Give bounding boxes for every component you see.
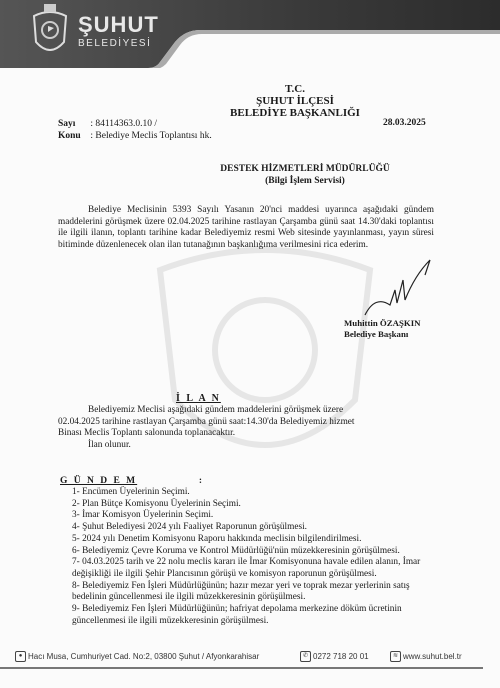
- agenda-list: 1- Encümen Üyelerinin Seçimi. 2- Plan Bü…: [72, 487, 438, 627]
- signature-scribble-icon: [355, 255, 445, 325]
- agenda-title-colon: :: [199, 476, 204, 486]
- department-title: DESTEK HİZMETLERİ MÜDÜRLÜĞÜ: [110, 163, 500, 175]
- municipality-crest-icon: [30, 2, 70, 60]
- agenda-title: G Ü N D E M :: [60, 476, 204, 486]
- signature-block: Muhittin ÖZAŞKIN Belediye Başkanı: [344, 318, 421, 340]
- brand-subtitle: BELEDİYESİ: [78, 38, 159, 49]
- document-date: 28.03.2025: [383, 118, 426, 128]
- brand-name: ŞUHUT: [78, 14, 159, 36]
- signatory-title: Belediye Başkanı: [344, 329, 421, 340]
- agenda-item: 7- 04.03.2025 tarih ve 22 nolu meclis ka…: [72, 557, 438, 580]
- website-link[interactable]: www.suhut.bel.tr: [403, 652, 462, 661]
- location-pin-icon: ●: [15, 651, 26, 662]
- issuing-authority: T.C. ŞUHUT İLÇESİ BELEDİYE BAŞKANLIĞI: [0, 83, 500, 119]
- agenda-item: 8- Belediyemiz Fen İşleri Müdürlüğünün; …: [72, 581, 438, 604]
- org-line-district: ŞUHUT İLÇESİ: [90, 95, 500, 107]
- signatory-name: Muhittin ÖZAŞKIN: [344, 318, 421, 329]
- footer-address: ● Hacı Musa, Cumhuriyet Cad. No:2, 03800…: [15, 651, 259, 662]
- konu-label: Konu: [58, 130, 88, 142]
- agenda-item: 6- Belediyemiz Çevre Koruma ve Kontrol M…: [72, 546, 438, 558]
- agenda-item: 2- Plan Bütçe Komisyonu Üyelerinin Seçim…: [72, 499, 438, 511]
- sayi-label: Sayı: [58, 118, 88, 130]
- agenda-item: 3- İmar Komisyon Üyelerinin Seçimi.: [72, 510, 438, 522]
- announcement-line: 02.04.2025 tarihine rastlayan Çarşamba g…: [58, 417, 388, 429]
- agenda-title-text: G Ü N D E M: [60, 476, 137, 486]
- agenda-item: 4- Şuhut Belediyesi 2024 yılı Faaliyet R…: [72, 522, 438, 534]
- recipient-department: DESTEK HİZMETLERİ MÜDÜRLÜĞÜ (Bilgi İşlem…: [0, 163, 500, 187]
- agenda-item: 5- 2024 yılı Denetim Komisyonu Raporu ha…: [72, 534, 438, 546]
- letter-body: Belediye Meclisinin 5393 Sayılı Yasanın …: [58, 205, 434, 251]
- rss-icon: ≋: [390, 651, 401, 662]
- reference-block: Sayı : 84114363.0.10 / Konu : Belediye M…: [58, 118, 212, 142]
- brand-logo-text: ŞUHUT BELEDİYESİ: [78, 14, 159, 49]
- konu-value: : Belediye Meclis Toplantısı hk.: [90, 131, 211, 141]
- address-text: Hacı Musa, Cumhuriyet Cad. No:2, 03800 Ş…: [28, 652, 259, 661]
- letterhead-band: [0, 0, 500, 68]
- announcement-body: Belediyemiz Meclisi aşağıdaki gündem mad…: [58, 405, 388, 451]
- announcement-line: Belediyemiz Meclisi aşağıdaki gündem mad…: [58, 405, 388, 417]
- announcement-line: Binası Meclis Toplantı salonunda toplana…: [58, 428, 388, 440]
- phone-icon: ✆: [300, 651, 311, 662]
- footer-divider: [0, 667, 483, 669]
- footer-website[interactable]: ≋ www.suhut.bel.tr: [390, 651, 462, 662]
- sayi-value: : 84114363.0.10 /: [90, 119, 157, 129]
- footer-phone: ✆ 0272 718 20 01: [300, 651, 369, 662]
- agenda-item: 1- Encümen Üyelerinin Seçimi.: [72, 487, 438, 499]
- announcement-closing: İlan olunur.: [58, 440, 388, 452]
- letterhead-footer: ● Hacı Musa, Cumhuriyet Cad. No:2, 03800…: [15, 649, 485, 665]
- announcement-title: İ L A N: [176, 393, 221, 404]
- phone-text: 0272 718 20 01: [313, 652, 369, 661]
- agenda-item: 9- Belediyemiz Fen İşleri Müdürlüğünün; …: [72, 604, 438, 627]
- department-subtitle: (Bilgi İşlem Servisi): [110, 175, 500, 187]
- org-line-tc: T.C.: [90, 83, 500, 95]
